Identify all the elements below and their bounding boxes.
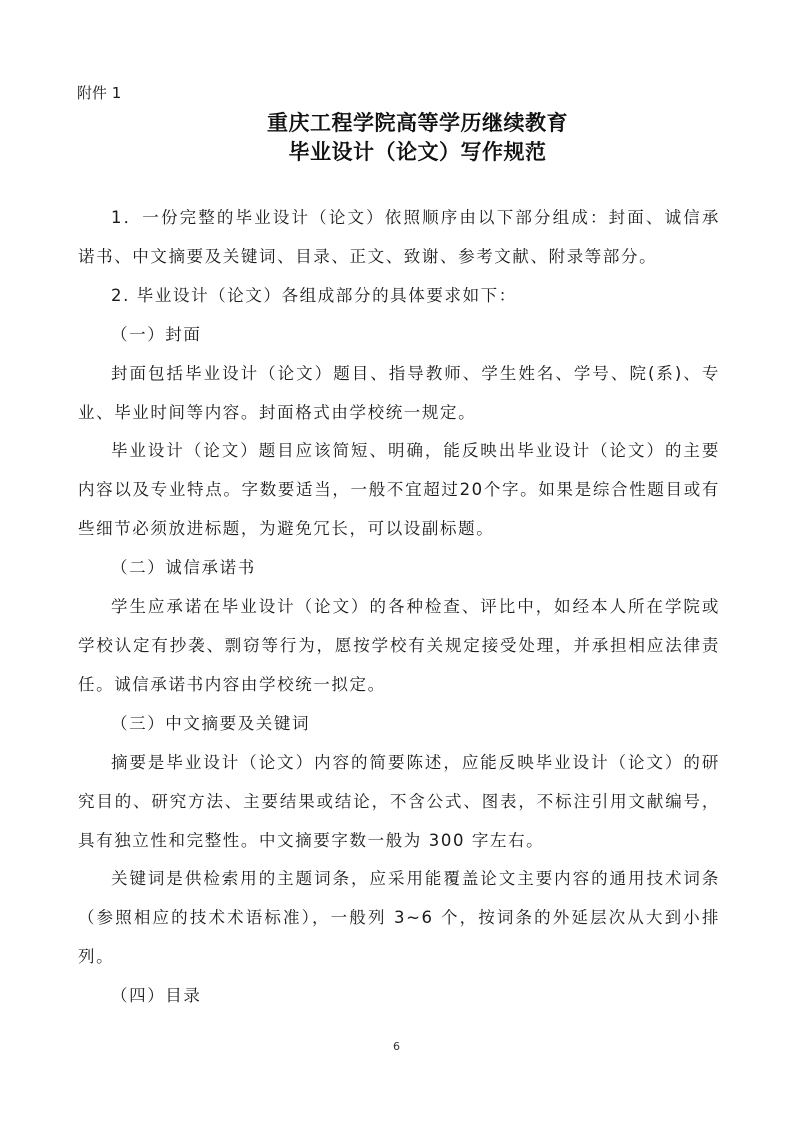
- paragraph-integrity-pledge: 学生应承诺在毕业设计（论文）的各种检查、评比中，如经本人所在学院或学校认定有抄袭…: [78, 588, 720, 705]
- document-body: 1．一份完整的毕业设计（论文）依照顺序由以下部分组成：封面、诚信承诺书、中文摘要…: [78, 199, 720, 1016]
- section-heading-abstract-keywords: （三）中文摘要及关键词: [78, 705, 720, 744]
- document-page: 附件 1 重庆工程学院高等学历继续教育 毕业设计（论文）写作规范 1．一份完整的…: [0, 0, 793, 1122]
- document-title-line-1: 重庆工程学院高等学历继续教育: [90, 108, 745, 138]
- paragraph-keywords: 关键词是供检索用的主题词条，应采用能覆盖论文主要内容的通用技术词条（参照相应的技…: [78, 860, 720, 977]
- paragraph-title-rules: 毕业设计（论文）题目应该简短、明确，能反映出毕业设计（论文）的主要内容以及专业特…: [78, 432, 720, 549]
- section-heading-contents: （四）目录: [78, 977, 720, 1016]
- section-heading-integrity-pledge: （二）诚信承诺书: [78, 549, 720, 588]
- paragraph-abstract: 摘要是毕业设计（论文）内容的简要陈述，应能反映毕业设计（论文）的研究目的、研究方…: [78, 744, 720, 861]
- section-heading-cover: （一）封面: [78, 316, 720, 355]
- page-number: 6: [0, 1040, 793, 1053]
- paragraph-cover-contents: 封面包括毕业设计（论文）题目、指导教师、学生姓名、学号、院(系)、专业、毕业时间…: [78, 355, 720, 433]
- document-title-line-2: 毕业设计（论文）写作规范: [90, 137, 745, 167]
- attachment-label: 附件 1: [77, 83, 121, 103]
- paragraph-requirements-intro: 2. 毕业设计（论文）各组成部分的具体要求如下：: [78, 277, 720, 316]
- paragraph-composition: 1．一份完整的毕业设计（论文）依照顺序由以下部分组成：封面、诚信承诺书、中文摘要…: [78, 199, 720, 277]
